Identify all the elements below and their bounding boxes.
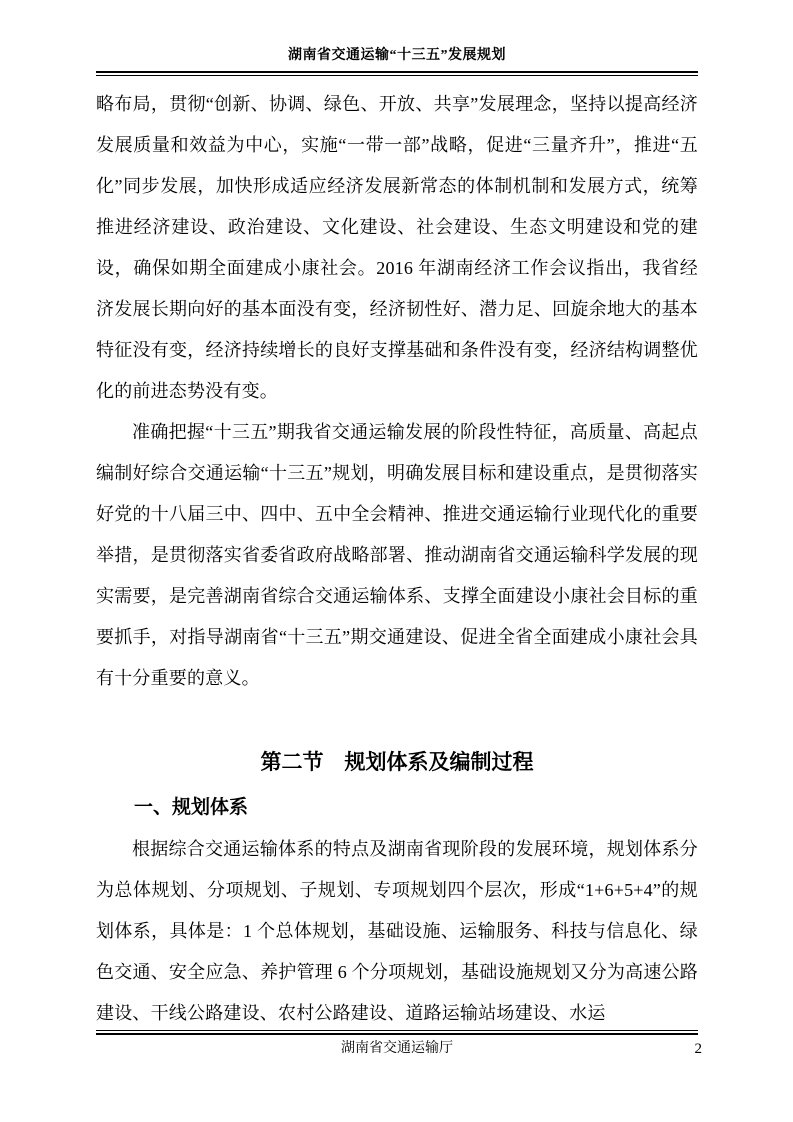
page-header: 湖南省交通运输“十三五”发展规划 <box>96 46 698 76</box>
footer-rule <box>96 1030 698 1035</box>
document-page: 湖南省交通运输“十三五”发展规划 略布局，贯彻“创新、协调、绿色、开放、共享”发… <box>0 0 793 1122</box>
paragraph: 根据综合交通运输体系的特点及湖南省现阶段的发展环境，规划体系分为总体规划、分项规… <box>96 829 698 1034</box>
document-content: 略布局，贯彻“创新、协调、绿色、开放、共享”发展理念，坚持以提高经济发展质量和效… <box>96 84 698 1034</box>
footer-text: 湖南省交通运输厅 <box>341 1041 453 1056</box>
header-rule <box>96 71 698 76</box>
page-number: 2 <box>695 1038 703 1060</box>
header-title: 湖南省交通运输“十三五”发展规划 <box>96 46 698 66</box>
paragraph: 准确把握“十三五”期我省交通运输发展的阶段性特征，高质量、高起点编制好综合交通运… <box>96 412 698 699</box>
footer-line: 湖南省交通运输厅 2 <box>96 1038 698 1060</box>
section-heading: 第二节 规划体系及编制过程 <box>96 741 698 785</box>
paragraph-continuation: 略布局，贯彻“创新、协调、绿色、开放、共享”发展理念，坚持以提高经济发展质量和效… <box>96 84 698 412</box>
subsection-heading: 一、规划体系 <box>96 787 698 829</box>
page-footer: 湖南省交通运输厅 2 <box>96 1030 698 1060</box>
